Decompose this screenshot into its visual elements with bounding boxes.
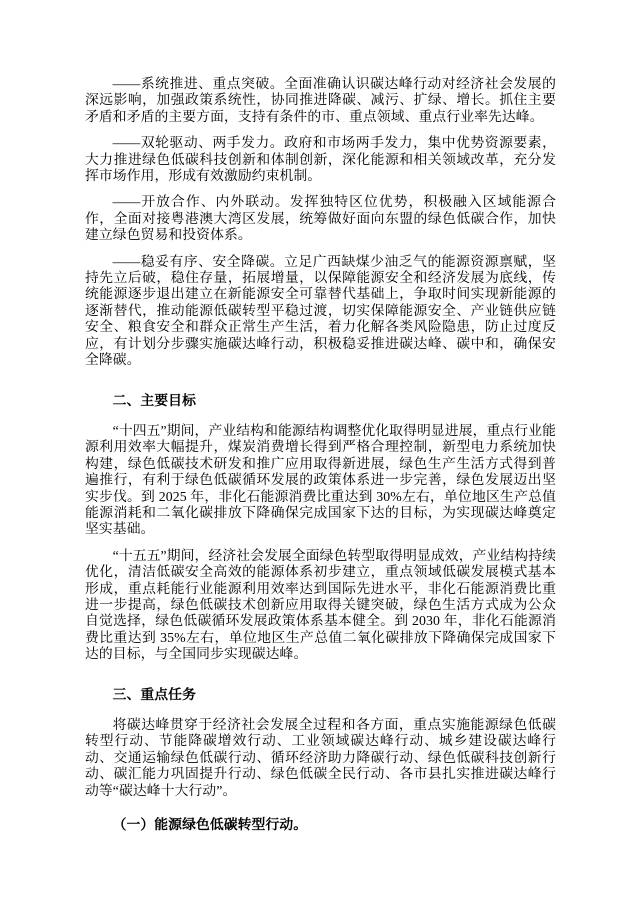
section-heading-main-goals: 二、主要目标 <box>85 393 556 409</box>
paragraph-15th-five-year-plan: “十五五”期间，经济社会发展全面绿色转型取得明显成效，产业结构持续优化，清洁低碳… <box>85 548 556 663</box>
paragraph-14th-five-year-plan: “十四五”期间，产业结构和能源结构调整优化取得明显进展，重点行业能源利用效率大幅… <box>85 423 556 538</box>
subsection-heading-energy-transition: （一）能源绿色低碳转型行动。 <box>85 817 556 833</box>
paragraph-principle-open-cooperation: ——开放合作、内外联动。发挥独特区位优势，积极融入区域能源合作，全面对接粤港澳大… <box>85 194 556 243</box>
paragraph-ten-actions: 将碳达峰贯穿于经济社会发展全过程和各方面，重点实施能源绿色低碳转型行动、节能降碳… <box>85 717 556 799</box>
paragraph-principle-safe-carbon-reduction: ——稳妥有序、安全降碳。立足广西缺煤少油乏气的能源资源禀赋，坚持先立后破，稳住存… <box>85 254 556 369</box>
paragraph-principle-system: ——系统推进、重点突破。全面准确认识碳达峰行动对经济社会发展的深远影响，加强政策… <box>85 76 556 125</box>
section-heading-key-tasks: 三、重点任务 <box>85 687 556 703</box>
document-page: ——系统推进、重点突破。全面准确认识碳达峰行动对经济社会发展的深远影响，加强政策… <box>0 0 640 905</box>
paragraph-principle-dual-drive: ——双轮驱动、两手发力。政府和市场两手发力，集中优势资源要素，大力推进绿色低碳科… <box>85 135 556 184</box>
